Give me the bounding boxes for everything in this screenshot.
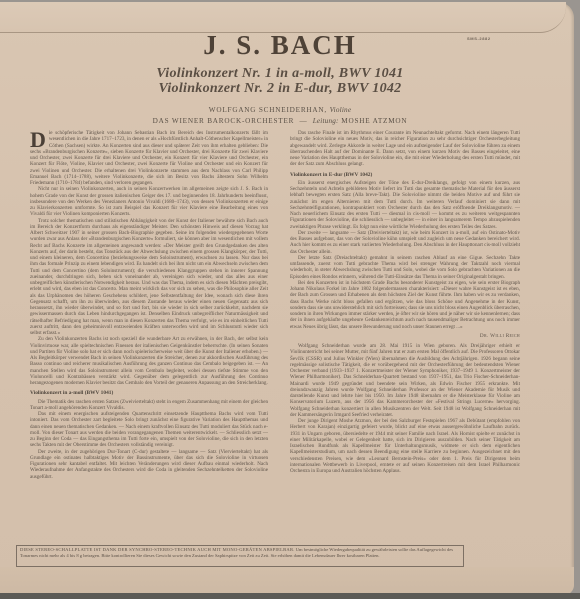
composer-title: J. S. BACH (0, 30, 560, 60)
performers: WOLFGANG SCHNEIDERHAN, Violine DAS WIENE… (0, 105, 560, 127)
stereo-notice-box: DIESE STEREO-SCHALLPLATTE IST DANK DER S… (16, 545, 464, 567)
works-list: Violinkonzert Nr. 1 in a-moll, BWV 1041 … (0, 66, 560, 96)
signature-prefix: Dr. (480, 333, 489, 339)
paragraph: Zu den Violinkonzerten Bachs ist noch sp… (30, 336, 268, 386)
orchestra-line: DAS WIENER BAROCK-ORCHESTER — Leitung: M… (0, 116, 560, 127)
drop-cap: D (30, 131, 46, 148)
intro-paragraph: Die schöpferische Tätigkeit von Johann S… (30, 130, 268, 186)
signature-name: Willi Reich (490, 333, 520, 339)
paragraph: Die Thematik des raschen ersten Satzes (… (30, 399, 268, 412)
background-surface (0, 593, 580, 599)
separator-dash: — (299, 117, 307, 125)
conductor-bio: Der junge Dirigent Moshe Atzmon, der bei… (290, 418, 520, 474)
work-title-1: Violinkonzert Nr. 1 in a-moll, BWV 1041 (0, 66, 560, 81)
header: J. S. BACH Violinkonzert Nr. 1 in a-moll… (0, 30, 560, 127)
paragraph: Der zweite — langsame — Satz (Dreivierte… (290, 230, 520, 255)
paragraph: Das rasche Finale ist im Rhythmus einer … (290, 130, 520, 168)
author-signature: Dr. Willi Reich (290, 333, 520, 339)
soloist-bio: Wolfgang Schneiderhan wurde am 28. Mai 1… (290, 343, 520, 418)
paragraph: Bei den Konzerten ist in höchstem Grade … (290, 280, 520, 330)
section-heading-bwv1042: Violinkonzert in E-dur (BWV 1042) (290, 172, 520, 178)
soloist-name: WOLFGANG SCHNEIDERHAN, (209, 106, 327, 114)
work-title-2: Violinkonzert Nr. 2 in E-dur, BWV 1042 (0, 81, 560, 96)
cover-top-flap (0, 2, 566, 33)
soloist-instrument: Violine (330, 106, 352, 114)
paragraph: Das mit einem energischen aufsteigenden … (30, 411, 268, 449)
paragraph: Der letzte Satz (Dreiachteltakt) gemahnt… (290, 255, 520, 280)
cover-bottom-edge (0, 567, 574, 595)
paragraph: Ein äusserst energisches Aufsteigen der … (290, 180, 520, 230)
conductor-label: Leitung: (313, 117, 339, 125)
orchestra-name: DAS WIENER BAROCK-ORCHESTER (153, 117, 295, 125)
notice-caps-text: DIESE STEREO-SCHALLPLATTE IST DANK DER S… (20, 547, 295, 552)
paragraph: Nicht nur in seinen Violinkonzerten, auc… (30, 186, 268, 217)
section-heading-bwv1041: Violinkonzert in a-moll (BWV 1041) (30, 390, 268, 396)
soloist-line: WOLFGANG SCHNEIDERHAN, Violine (0, 105, 560, 116)
paragraph: Trotz solcher thematischen und stilistis… (30, 218, 268, 337)
liner-notes-left-column: Die schöpferische Tätigkeit von Johann S… (30, 130, 268, 480)
paragraph: Der zweite, in der zugehörigen Dur-Tonar… (30, 449, 268, 480)
conductor-name: MOSHE ATZMON (341, 117, 407, 125)
album-back-cover: SMS-2882 J. S. BACH Violinkonzert Nr. 1 … (0, 2, 574, 594)
liner-notes-right-column: Das rasche Finale ist im Rhythmus einer … (290, 130, 520, 474)
